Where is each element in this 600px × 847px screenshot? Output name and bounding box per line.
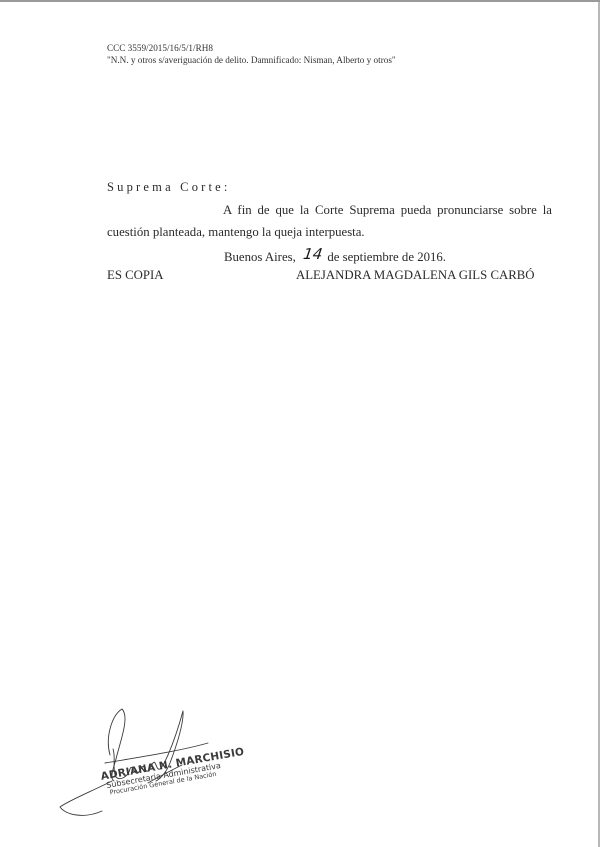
handwritten-day: 14 xyxy=(302,245,324,263)
case-header: CCC 3559/2015/16/5/1/RH8 "N.N. y otros s… xyxy=(107,42,396,66)
date-suffix: de septiembre de 2016. xyxy=(327,250,446,264)
paragraph-line-2: cuestión planteada, mantengo la queja in… xyxy=(107,225,365,240)
salutation: Suprema Corte: xyxy=(107,180,231,195)
signer-name: ALEJANDRA MAGDALENA GILS CARBÓ xyxy=(296,268,535,283)
case-number: CCC 3559/2015/16/5/1/RH8 xyxy=(107,42,396,54)
case-title: "N.N. y otros s/averiguación de delito. … xyxy=(107,54,396,66)
es-copia-label: ES COPIA xyxy=(107,268,164,283)
paragraph-line-1: A fin de que la Corte Suprema pueda pron… xyxy=(223,203,552,218)
date-line: Buenos Aires, 14 de septiembre de 2016. xyxy=(224,247,446,265)
document-page: CCC 3559/2015/16/5/1/RH8 "N.N. y otros s… xyxy=(0,0,600,847)
date-prefix: Buenos Aires, xyxy=(224,250,296,264)
